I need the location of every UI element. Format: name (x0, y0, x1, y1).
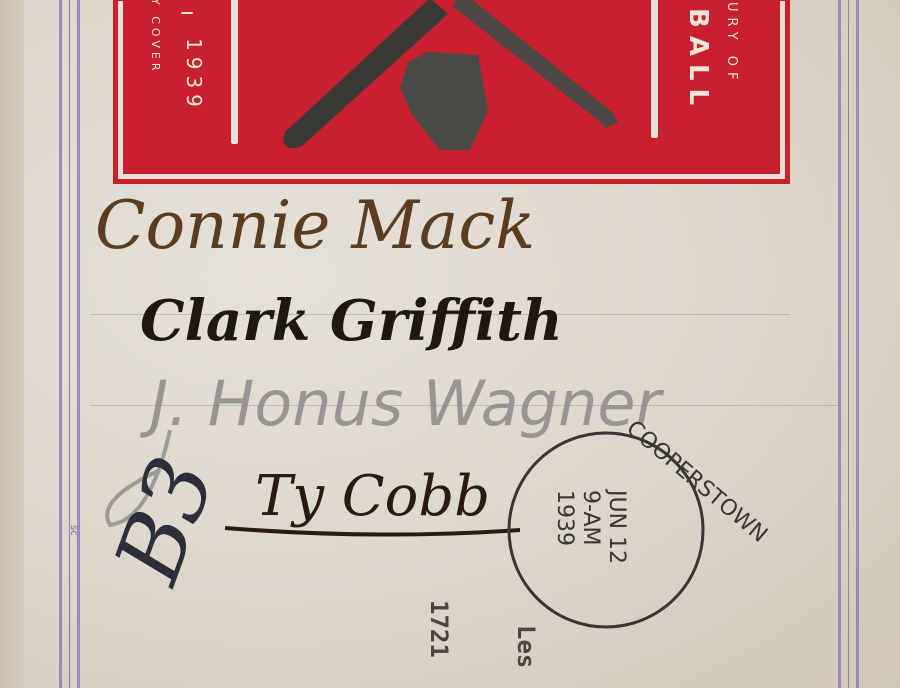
postmark: JUN 12 9-AM 1939 COOPERSTOWN (509, 416, 772, 627)
postmark-year: 1939 (552, 490, 577, 546)
signature-honus-wagner: J. Honus Wagner (139, 367, 665, 440)
envelope: Y COVER 1939 BALL URY OF Connie Mack Cla… (0, 0, 900, 688)
signature-clark-griffith: Clark Griffith (140, 288, 563, 354)
baseball-glove-icon (400, 52, 488, 150)
signature-ty-cobb: Ty Cobb (255, 464, 490, 529)
signature-connie-mack: Connie Mack (95, 187, 535, 264)
margin-mark: sc (68, 525, 79, 536)
postmark-town: COOPERSTOWN (621, 416, 771, 548)
postmark-date: JUN 12 (604, 488, 629, 564)
address-number: 1721 (425, 600, 453, 658)
address-name: Les (512, 625, 540, 668)
postmark-time: 9-AM (578, 490, 603, 545)
